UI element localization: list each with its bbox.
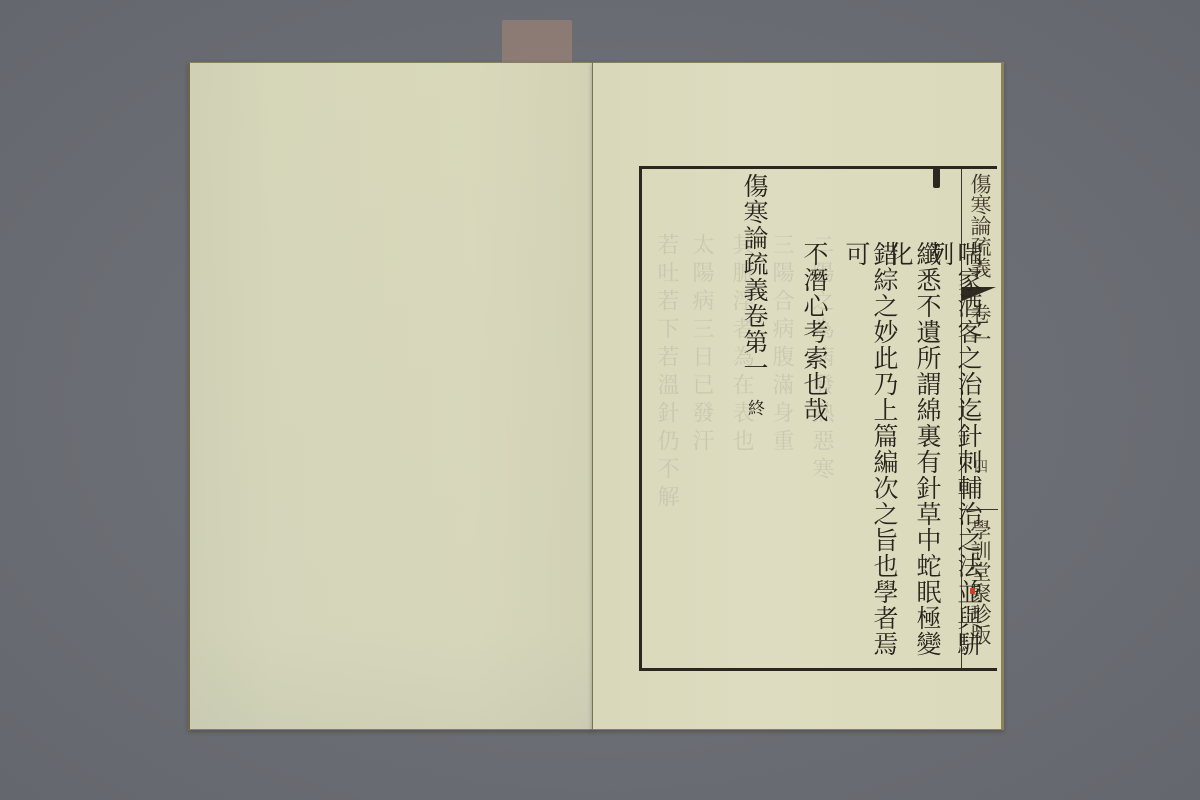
- closing-title: 傷寒論疏義卷第一: [740, 173, 769, 381]
- text-column-3: 錯綜之妙此乃上篇編次之旨也學者焉可: [842, 241, 898, 668]
- right-page: 二陽之為病發熱惡寒 三陽合病腹滿身重 其脈浮者為在表也 太陽病三日已發汗 若吐若…: [592, 62, 1004, 730]
- text-column-4: 不潛心考索也哉: [800, 241, 828, 423]
- scan-background: 二陽之為病發熱惡寒 三陽合病腹滿身重 其脈浮者為在表也 太陽病三日已發汗 若吐若…: [0, 0, 1200, 800]
- left-page-blank: [188, 62, 594, 730]
- end-mark: 終: [744, 399, 764, 417]
- closing-line: 傷寒論疏義卷第一終: [740, 173, 768, 417]
- printed-text-frame: 傷寒論疏義 卷一 四 學訓堂聚珍版 喘家酒客之治迄針刺輔治之法並與駢列 纖悉不遺…: [639, 166, 997, 671]
- red-annotation-dot: [970, 588, 975, 594]
- ink-blot: [933, 168, 940, 188]
